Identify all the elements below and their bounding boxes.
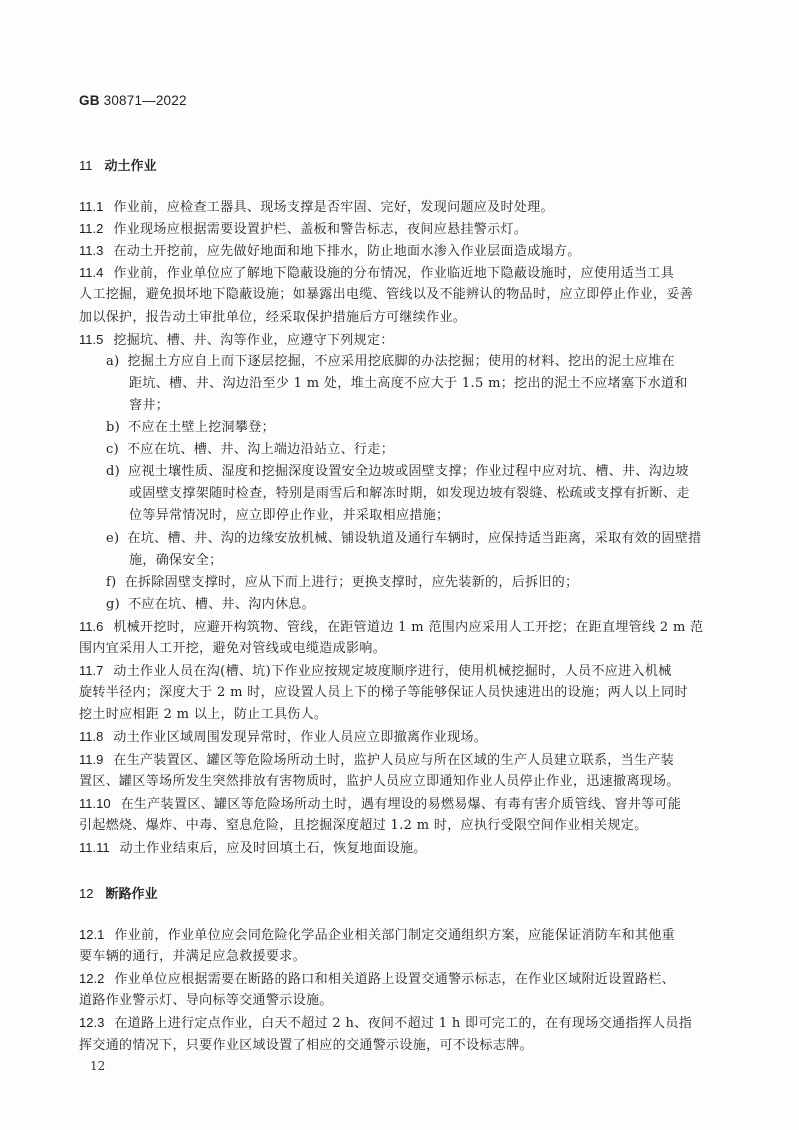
clause-number: 11.7 [79, 663, 103, 678]
line-text: 挖土时应相距 2 m 以上，防止工具伤人。 [79, 707, 327, 722]
clause-number: 11.8 [79, 729, 103, 744]
continuation-line: 挖土时应相距 2 m 以上，防止工具伤人。 [79, 704, 730, 726]
clause-number: 11.5 [79, 332, 103, 347]
clause-line: 11.5挖掘坑、槽、井、沟等作业，应遵守下列规定： [79, 329, 730, 352]
clause-line: 12.2作业单位应根据需要在断路的路口和相关道路上设置交通警示标志，在作业区域附… [79, 968, 730, 991]
clause-line: 11.2作业现场应根据需要设置护栏、盖板和警告标志，夜间应悬挂警示灯。 [79, 218, 730, 241]
continuation-line: 置区、罐区等场所发生突然排放有害物质时，监护人员应立即通知作业人员停止作业，迅速… [79, 771, 730, 793]
list-item-line: f)在拆除固壁支撑时，应从下而上进行；更换支撑时，应先装新的，后拆旧的； [106, 572, 757, 594]
line-text: 旋转半径内；深度大于 2 m 时，应设置人员上下的梯子等能够保证人员快速进出的设… [79, 685, 688, 700]
continuation-line: 窨井； [129, 395, 780, 417]
line-text: 动土作业区域周围发现异常时，作业人员应立即撤离作业现场。 [113, 730, 487, 745]
clause-line: 11.7动土作业人员在沟(槽、坑)下作业应按规定坡度顺序进行，使用机械挖掘时，人… [79, 660, 730, 683]
line-text: 距坑、槽、井、沟边沿至少 1 m 处，堆土高度不应大于 1.5 m；挖出的泥土不… [129, 376, 688, 391]
clause-number: 11.2 [79, 221, 103, 236]
continuation-line: 施，确保安全； [129, 550, 780, 572]
clause-line: 11.4作业前，作业单位应了解地下隐蔽设施的分布情况，作业临近地下隐蔽设施时，应… [79, 262, 730, 285]
continuation-line: 要车辆的通行，并满足应急救援要求。 [79, 946, 730, 968]
list-item-line: d)应视土壤性质、湿度和挖掘深度设置安全边坡或固壁支撑；作业过程中应对坑、槽、井… [106, 461, 757, 483]
clause-number: 11.10 [79, 796, 111, 811]
standard-identifier: GB 30871—2022 [79, 93, 187, 108]
line-text: 在坑、槽、井、沟的边缘安放机械、铺设轨道及通行车辆时，应保持适当距离，采取有效的… [127, 531, 701, 546]
line-text: 不应在坑、槽、井、沟上端边沿站立、行走； [127, 442, 394, 457]
clause-line: 11.8动土作业区域周围发现异常时，作业人员应立即撤离作业现场。 [79, 726, 730, 749]
item-marker: g) [106, 597, 120, 612]
line-text: 作业前，作业单位应了解地下隐蔽设施的分布情况，作业临近地下隐蔽设施时，应使用适当… [113, 266, 674, 281]
item-marker: c) [106, 442, 119, 457]
item-marker: f) [106, 575, 117, 590]
clause-line: 11.6机械开挖时，应避开构筑物、管线，在距管道边 1 m 范围内应采用人工开挖… [79, 616, 730, 639]
list-item-line: g)不应在坑、槽、井、沟内休息。 [106, 594, 757, 616]
line-text: 挥交通的情况下，只要作业区域设置了相应的交通警示设施，可不设标志牌。 [79, 1038, 533, 1053]
line-text: 围内宜采用人工开挖，避免对管线或电缆造成影响。 [79, 641, 386, 656]
continuation-line: 引起燃烧、爆炸、中毒、窒息危险，且挖掘深度超过 1.2 m 时，应执行受限空间作… [79, 815, 730, 837]
continuation-line: 挥交通的情况下，只要作业区域设置了相应的交通警示设施，可不设标志牌。 [79, 1035, 730, 1057]
continuation-line: 道路作业警示灯、导向标等交通警示设施。 [79, 990, 730, 1012]
line-text: 在生产装置区、罐区等危险场所动土时，遇有埋设的易燃易爆、有毒有害介质管线、窨井等… [121, 797, 682, 812]
clause-number: 12.2 [79, 971, 104, 986]
continuation-line: 距坑、槽、井、沟边沿至少 1 m 处，堆土高度不应大于 1.5 m；挖出的泥土不… [129, 373, 780, 395]
clause-line: 11.11动土作业结束后，应及时回填土石，恢复地面设施。 [79, 837, 730, 860]
continuation-line: 围内宜采用人工开挖，避免对管线或电缆造成影响。 [79, 638, 730, 660]
line-text: 在动土开挖前，应先做好地面和地下排水，防止地面水渗入作业层面造成塌方。 [113, 244, 580, 259]
continuation-line: 旋转半径内；深度大于 2 m 时，应设置人员上下的梯子等能够保证人员快速进出的设… [79, 682, 730, 704]
section-11-heading: 11动土作业 [79, 155, 157, 174]
section-12-heading: 12断路作业 [79, 883, 157, 902]
line-text: 动土作业结束后，应及时回填土石，恢复地面设施。 [120, 841, 427, 856]
line-text: 作业前，应检查工器具、现场支撑是否牢固、完好，发现问题应及时处理。 [113, 200, 554, 215]
line-text: 在拆除固壁支撑时，应从下而上进行；更换支撑时，应先装新的，后拆旧的； [125, 575, 579, 590]
line-text: 要车辆的通行，并满足应急救援要求。 [79, 949, 306, 964]
standard-prefix: GB [79, 93, 100, 108]
clause-number: 11.6 [79, 619, 103, 634]
clause-line: 11.9在生产装置区、罐区等危险场所动土时，监护人员应与所在区域的生产人员建立联… [79, 749, 730, 772]
section-number: 12 [79, 886, 93, 901]
line-text: 道路作业警示灯、导向标等交通警示设施。 [79, 993, 333, 1008]
clause-number: 11.1 [79, 199, 103, 214]
list-item-line: e)在坑、槽、井、沟的边缘安放机械、铺设轨道及通行车辆时，应保持适当距离，采取有… [106, 528, 757, 550]
line-text: 加以保护，报告动土审批单位，经采取保护措施后方可继续作业。 [79, 310, 466, 325]
clause-number: 11.11 [79, 840, 110, 855]
line-text: 机械开挖时，应避开构筑物、管线，在距管道边 1 m 范围内应采用人工开挖；在距直… [113, 620, 703, 635]
section-title: 断路作业 [105, 887, 157, 902]
line-text: 动土作业人员在沟(槽、坑)下作业应按规定坡度顺序进行，使用机械挖掘时，人员不应进… [113, 664, 671, 679]
line-text: 引起燃烧、爆炸、中毒、窒息危险，且挖掘深度超过 1.2 m 时，应执行受限空间作… [79, 818, 648, 833]
item-marker: e) [106, 531, 119, 546]
item-marker: b) [106, 420, 120, 435]
clause-line: 11.3在动土开挖前，应先做好地面和地下排水，防止地面水渗入作业层面造成塌方。 [79, 240, 730, 263]
clause-line: 12.1作业前，作业单位应会同危险化学品企业相关部门制定交通组织方案，应能保证消… [79, 924, 730, 947]
line-text: 人工挖掘，避免损坏地下隐蔽设施；如暴露出电缆、管线以及不能辨认的物品时，应立即停… [79, 287, 693, 302]
clause-line: 11.1作业前，应检查工器具、现场支撑是否牢固、完好，发现问题应及时处理。 [79, 196, 730, 219]
line-text: 施，确保安全； [129, 553, 222, 568]
clause-number: 12.3 [79, 1015, 104, 1030]
clause-number: 11.3 [79, 243, 103, 258]
line-text: 位等异常情况时，应立即停止作业，并采取相应措施； [129, 508, 449, 523]
line-text: 挖掘土方应自上而下逐层挖掘，不应采用挖底脚的办法挖掘；使用的材料、挖出的泥土应堆… [128, 354, 675, 369]
section-number: 11 [79, 158, 93, 173]
list-item-line: b)不应在土壁上挖洞攀登； [106, 417, 757, 439]
line-text: 或固壁支撑架随时检查，特别是雨雪后和解冻时期，如发现边坡有裂缝、松疏或支撑有折断… [129, 486, 690, 501]
line-text: 作业前，作业单位应会同危险化学品企业相关部门制定交通组织方案，应能保证消防车和其… [114, 928, 675, 943]
item-marker: a) [106, 354, 120, 369]
line-text: 不应在土壁上挖洞攀登； [128, 420, 275, 435]
continuation-line: 位等异常情况时，应立即停止作业，并采取相应措施； [129, 505, 780, 527]
clause-line: 12.3在道路上进行定点作业，白天不超过 2 h、夜间不超过 1 h 即可完工的… [79, 1012, 730, 1035]
continuation-line: 加以保护，报告动土审批单位，经采取保护措施后方可继续作业。 [79, 307, 730, 329]
item-marker: d) [106, 464, 120, 479]
line-text: 置区、罐区等场所发生突然排放有害物质时，监护人员应立即通知作业人员停止作业，迅速… [79, 774, 680, 789]
line-text: 窨井； [129, 398, 169, 413]
list-item-line: a)挖掘土方应自上而下逐层挖掘，不应采用挖底脚的办法挖掘；使用的材料、挖出的泥土… [106, 351, 757, 373]
clause-line: 11.10在生产装置区、罐区等危险场所动土时，遇有埋设的易燃易爆、有毒有害介质管… [79, 793, 730, 816]
line-text: 应视土壤性质、湿度和挖掘深度设置安全边坡或固壁支撑；作业过程中应对坑、槽、井、沟… [128, 464, 689, 479]
line-text: 作业现场应根据需要设置护栏、盖板和警告标志，夜间应悬挂警示灯。 [113, 222, 527, 237]
standard-number: 30871—2022 [104, 93, 187, 108]
line-text: 不应在坑、槽、井、沟内休息。 [128, 597, 315, 612]
line-text: 作业单位应根据需要在断路的路口和相关道路上设置交通警示标志，在作业区域附近设置路… [114, 972, 675, 987]
clause-number: 12.1 [79, 927, 104, 942]
line-text: 挖掘坑、槽、井、沟等作业，应遵守下列规定： [113, 333, 393, 348]
page-number: 12 [90, 1059, 105, 1073]
clause-number: 11.9 [79, 752, 103, 767]
line-text: 在生产装置区、罐区等危险场所动土时，监护人员应与所在区域的生产人员建立联系，当生… [113, 753, 674, 768]
continuation-line: 人工挖掘，避免损坏地下隐蔽设施；如暴露出电缆、管线以及不能辨认的物品时，应立即停… [79, 284, 730, 306]
continuation-line: 或固壁支撑架随时检查，特别是雨雪后和解冻时期，如发现边坡有裂缝、松疏或支撑有折断… [129, 483, 780, 505]
line-text: 在道路上进行定点作业，白天不超过 2 h、夜间不超过 1 h 即可完工的，在有现… [114, 1016, 692, 1031]
document-page: GB 30871—2022 11动土作业 11.1作业前，应检查工器具、现场支撑… [0, 0, 799, 1130]
section-title: 动土作业 [105, 159, 157, 174]
clause-number: 11.4 [79, 265, 103, 280]
list-item-line: c)不应在坑、槽、井、沟上端边沿站立、行走； [106, 439, 757, 461]
